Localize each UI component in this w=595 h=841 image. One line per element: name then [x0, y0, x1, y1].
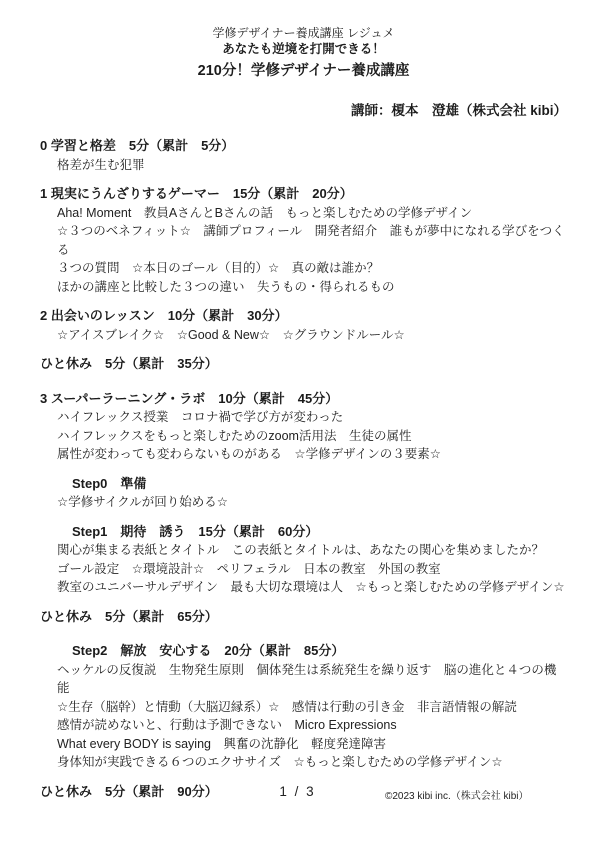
course-subtitle: 学修デザイナー養成講座 レジュメ — [40, 0, 567, 41]
agenda-line: ハイフレックス授業 コロナ禍で学び方が変わった — [57, 408, 567, 427]
step-heading: Step1 期待 誘う 15分（累計 60分） — [72, 523, 567, 542]
copyright-notice: ©2023 kibi inc.（株式会社 kibi） — [385, 787, 529, 802]
agenda-line: Aha! Moment 教員AさんとBさんの話 もっと楽しむための学修デザイン — [57, 204, 567, 223]
agenda-line: 格差が生む犯罪 — [57, 156, 567, 175]
step-heading: Step0 準備 — [72, 475, 567, 494]
agenda-step-2: Step2 解放 安心する 20分（累計 85分） ヘッケルの反復説 生物発生原… — [40, 642, 567, 772]
agenda-line: 身体知が実践できる６つのエクササイズ ☆もっと楽しむための学修デザイン☆ — [57, 753, 567, 772]
agenda-line: ☆生存（脳幹）と情動（大脳辺縁系）☆ 感情は行動の引き金 非言語情報の解読 — [57, 698, 567, 717]
break-65min: ひと休み 5分（累計 65分） — [40, 608, 567, 627]
document-page: 学修デザイナー養成講座 レジュメ あなたも逆境を打開できる！ 210分！学修デザ… — [0, 0, 595, 841]
agenda-line: ヘッケルの反復説 生物発生原則 個体発生は系統発生を繰り返す 脳の進化と４つの機… — [57, 661, 567, 698]
break-35min: ひと休み 5分（累計 35分） — [40, 355, 567, 374]
agenda-line: 関心が集まる表紙とタイトル この表紙とタイトルは、あなたの関心を集めましたか？ — [57, 541, 567, 560]
section-heading: 0 学習と格差 5分（累計 5分） — [40, 137, 567, 156]
agenda-section-2: 2 出会いのレッスン 10分（累計 30分） ☆アイスブレイク☆ ☆Good &… — [40, 307, 567, 344]
agenda-line: ゴール設定 ☆環境設計☆ ペリフェラル 日本の教室 外国の教室 — [57, 560, 567, 579]
agenda-line: 教室のユニバーサルデザイン 最も大切な環境は人 ☆もっと楽しむための学修デザイン… — [57, 578, 567, 597]
break-heading: ひと休み 5分（累計 65分） — [40, 608, 567, 627]
agenda-line: ☆アイスブレイク☆ ☆Good & New☆ ☆グラウンドルール☆ — [57, 326, 567, 345]
section-heading: 3 スーパーラーニング・ラボ 10分（累計 45分） — [40, 390, 567, 409]
agenda-section-3: 3 スーパーラーニング・ラボ 10分（累計 45分） ハイフレックス授業 コロナ… — [40, 390, 567, 464]
course-catchphrase: あなたも逆境を打開できる！ — [40, 41, 567, 58]
agenda-line: ☆３つのベネフィット☆ 講師プロフィール 開発者紹介 誰もが夢中になれる学びをつ… — [57, 222, 567, 259]
agenda-section-1: 1 現実にうんざりするゲーマー 15分（累計 20分） Aha! Moment … — [40, 185, 567, 296]
step-heading: Step2 解放 安心する 20分（累計 85分） — [72, 642, 567, 661]
section-heading: 1 現実にうんざりするゲーマー 15分（累計 20分） — [40, 185, 567, 204]
agenda-line: ハイフレックスをもっと楽しむためのzoom活用法 生徒の属性 — [57, 427, 567, 446]
course-title: 210分！学修デザイナー養成講座 — [40, 62, 567, 81]
agenda-step-0: Step0 準備 ☆学修サイクルが回り始める☆ — [40, 475, 567, 512]
agenda: 0 学習と格差 5分（累計 5分） 格差が生む犯罪 1 現実にうんざりするゲーマ… — [40, 137, 567, 801]
lecturer-credit: 講師：榎本 澄雄（株式会社 kibi） — [40, 102, 567, 120]
agenda-section-0: 0 学習と格差 5分（累計 5分） 格差が生む犯罪 — [40, 137, 567, 174]
agenda-line: ほかの講座と比較した３つの違い 失うもの・得られるもの — [57, 278, 567, 297]
agenda-line: 属性が変わっても変わらないものがある ☆学修デザインの３要素☆ — [57, 445, 567, 464]
section-heading: 2 出会いのレッスン 10分（累計 30分） — [40, 307, 567, 326]
agenda-line: ☆学修サイクルが回り始める☆ — [57, 493, 567, 512]
agenda-line: ３つの質問 ☆本日のゴール（目的）☆ 真の敵は誰か？ — [57, 259, 567, 278]
agenda-line: 感情が読めないと、行動は予測できない Micro Expressions — [57, 716, 567, 735]
agenda-line: What every BODY is saying 興奮の沈静化 軽度発達障害 — [57, 735, 567, 754]
break-heading: ひと休み 5分（累計 35分） — [40, 355, 567, 374]
agenda-step-1: Step1 期待 誘う 15分（累計 60分） 関心が集まる表紙とタイトル この… — [40, 523, 567, 597]
